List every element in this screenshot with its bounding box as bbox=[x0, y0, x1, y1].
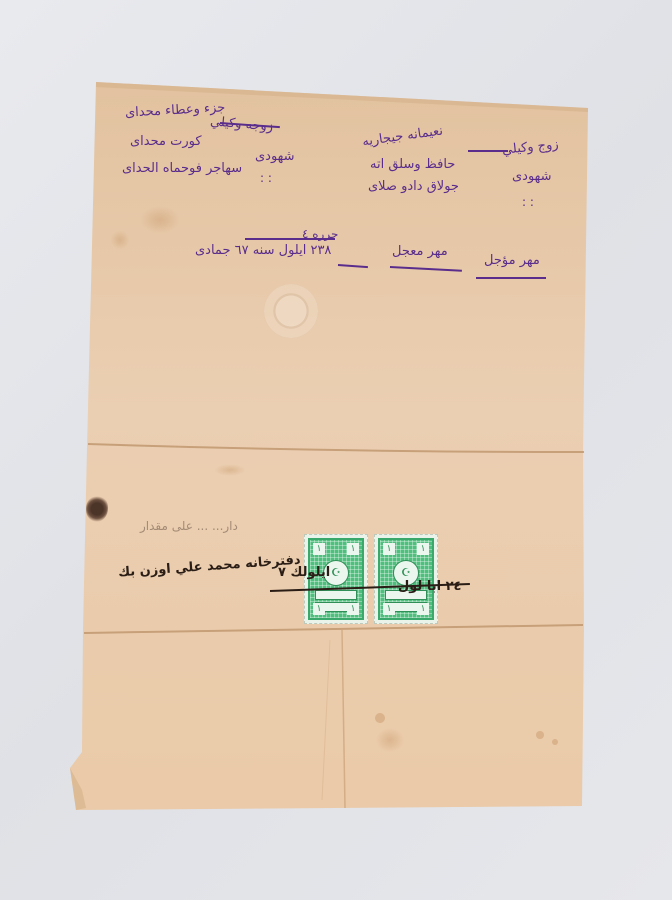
stamp-denomination: ١ bbox=[383, 543, 395, 555]
stamp-denomination: ١ bbox=[313, 603, 325, 615]
left-ditto-marks: : : bbox=[260, 172, 272, 184]
stamp-denomination: ١ bbox=[313, 543, 325, 555]
left-value-2: كورت محداى bbox=[130, 135, 202, 148]
underline bbox=[476, 277, 546, 279]
prompt-dower-field: مهر معجل bbox=[392, 245, 448, 258]
faded-line: دار... ... على مقدار bbox=[140, 520, 238, 532]
deferred-dower-field: مهر مؤجل bbox=[484, 254, 540, 267]
stamp-denomination: ١ bbox=[347, 603, 359, 615]
underline bbox=[245, 238, 335, 240]
stamp-denomination: ١ bbox=[417, 603, 429, 615]
stamp-annotation-2: ٢٤ ابا لول bbox=[398, 580, 461, 593]
underline bbox=[468, 150, 508, 152]
left-value-witness: سهاجر فوحماه الحداى bbox=[122, 162, 242, 175]
stamp-annotation: ايلولك ٧ bbox=[278, 566, 330, 579]
right-ditto-marks: : : bbox=[522, 196, 534, 208]
stamp-denomination: ١ bbox=[347, 543, 359, 555]
embossed-seal bbox=[264, 284, 318, 338]
document-photo: زوجه وكيلي جزء وعطاء محداى كورت محداى شه… bbox=[0, 0, 672, 900]
stamp-denomination: ١ bbox=[417, 543, 429, 555]
left-label-witnesses: شهودى bbox=[255, 150, 295, 163]
right-value-witness-1: حافظ وسلق اته bbox=[370, 158, 455, 171]
date-text: ٢٣٨ ايلول سنه ٦٧ جمادى bbox=[195, 244, 331, 257]
right-value-witness-2: جولاق دادو صلاى bbox=[368, 180, 459, 193]
right-label-witnesses: شهودى bbox=[512, 170, 552, 183]
stamp-denomination: ١ bbox=[383, 603, 395, 615]
stamp-band bbox=[315, 590, 357, 600]
paper-sheet bbox=[0, 0, 672, 900]
